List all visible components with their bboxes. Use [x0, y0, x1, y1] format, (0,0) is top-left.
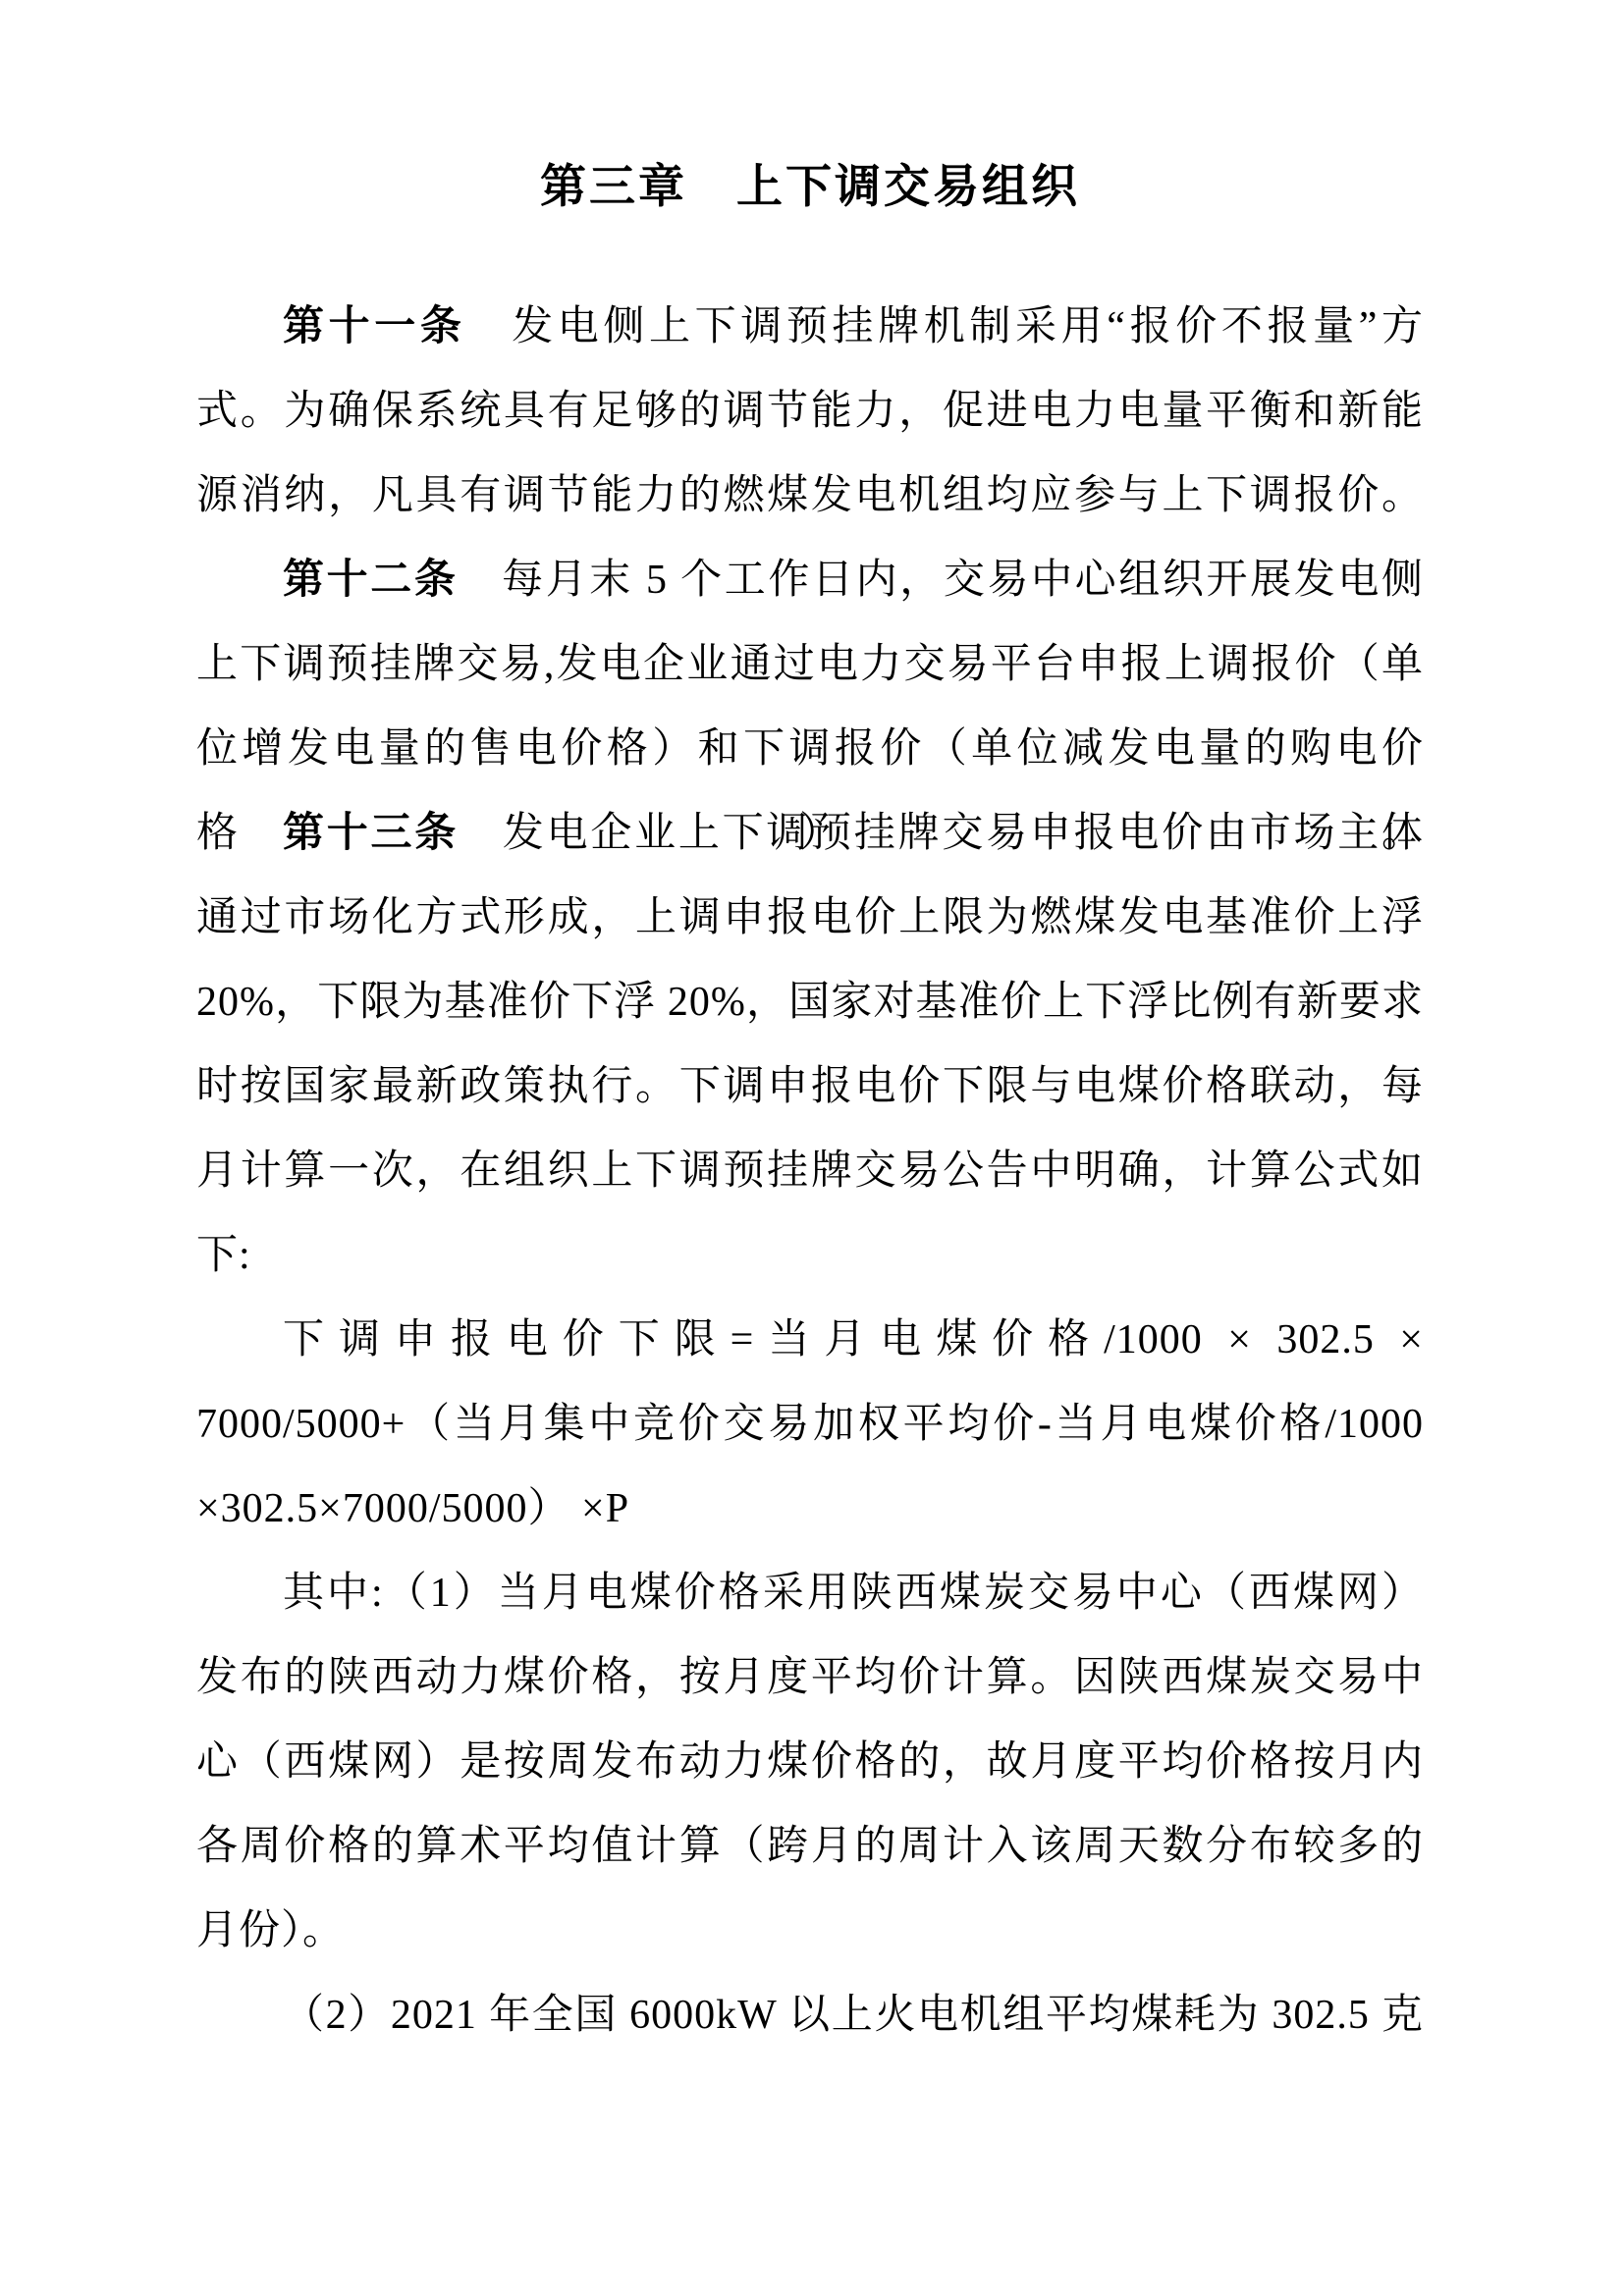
text-line: 发布的陕西动力煤价格，按月度平均价计算。因陕西煤炭交易中 [196, 1635, 1424, 1720]
line-text: 每月末 5 个工作日内，交易中心组织开展发电侧 [458, 558, 1424, 603]
line-text: 各周价格的算术平均值计算（跨月的周计入该周天数分布较多的 [196, 1824, 1424, 1869]
text-line: 下: [196, 1213, 1424, 1298]
page-title: 第三章 上下调交易组织 [196, 157, 1424, 216]
article-number: 第十二条 [283, 558, 458, 603]
line-text: 下: [196, 1233, 251, 1278]
line-text: 发电侧上下调预挂牌机制采用“报价不报量”方 [466, 304, 1424, 349]
line-text: 月计算一次，在组织上下调预挂牌交易公告中明确，计算公式如 [196, 1148, 1424, 1194]
formula-line: ×302.5×7000/5000） ×P [196, 1467, 1424, 1551]
document-page: 第三章 上下调交易组织 第十一条 发电侧上下调预挂牌机制采用“报价不报量”方 式… [0, 0, 1624, 2296]
line-text: 其中:（1）当月电煤价格采用陕西煤炭交易中心（西煤网） [283, 1571, 1424, 1616]
line-text: 式。为确保系统具有足够的调节能力，促进电力电量平衡和新能 [196, 389, 1424, 434]
line-text: 源消纳，凡具有调节能力的燃煤发电机组均应参与上下调报价。 [196, 473, 1424, 518]
article-number: 第十一条 [283, 304, 466, 349]
text-line: 第十三条 发电企业上下调预挂牌交易申报电价由市场主体 [196, 791, 1424, 876]
text-line: 上下调预挂牌交易,发电企业通过电力交易平台申报上调报价（单 [196, 622, 1424, 707]
line-text: 7000/5000+（当月集中竞价交易加权平均价-当月电煤价格/1000 [196, 1402, 1424, 1447]
line-text: ×302.5×7000/5000） ×P [196, 1486, 629, 1531]
line-text: 发布的陕西动力煤价格，按月度平均价计算。因陕西煤炭交易中 [196, 1655, 1424, 1700]
article-number: 第十三条 [283, 811, 459, 856]
line-text: 20%，下限为基准价下浮 20%，国家对基准价上下浮比例有新要求 [196, 980, 1424, 1025]
document-body: 第三章 上下调交易组织 第十一条 发电侧上下调预挂牌机制采用“报价不报量”方 式… [196, 157, 1424, 2057]
text-line: 式。为确保系统具有足够的调节能力，促进电力电量平衡和新能 [196, 369, 1424, 454]
line-text: 心（西煤网）是按周发布动力煤价格的，故月度平均价格按月内 [196, 1739, 1424, 1785]
line-text: 时按国家最新政策执行。下调申报电价下限与电煤价格联动，每 [196, 1064, 1424, 1109]
formula-line: 下调申报电价下限=当月电煤价格/1000 × 302.5 × [196, 1298, 1424, 1382]
text-line: 其中:（1）当月电煤价格采用陕西煤炭交易中心（西煤网） [196, 1551, 1424, 1635]
line-text: （2）2021 年全国 6000kW 以上火电机组平均煤耗为 302.5 克 [283, 1993, 1424, 2038]
line-text: 月份）。 [196, 1908, 345, 1953]
line-text: 通过市场化方式形成，上调申报电价上限为燃煤发电基准价上浮 [196, 895, 1424, 940]
text-line: 时按国家最新政策执行。下调申报电价下限与电煤价格联动，每 [196, 1044, 1424, 1129]
text-line: 第十二条 每月末 5 个工作日内，交易中心组织开展发电侧 [196, 538, 1424, 622]
text-line: 通过市场化方式形成，上调申报电价上限为燃煤发电基准价上浮 [196, 876, 1424, 960]
text-line: 各周价格的算术平均值计算（跨月的周计入该周天数分布较多的 [196, 1804, 1424, 1889]
line-text: 发电企业上下调预挂牌交易申报电价由市场主体 [459, 811, 1424, 856]
text-line: 20%，下限为基准价下浮 20%，国家对基准价上下浮比例有新要求 [196, 960, 1424, 1044]
text-line: 月计算一次，在组织上下调预挂牌交易公告中明确，计算公式如 [196, 1129, 1424, 1213]
text-line: 月份）。 [196, 1889, 1424, 1973]
text-line: 第十一条 发电侧上下调预挂牌机制采用“报价不报量”方 [196, 285, 1424, 369]
line-text: 上下调预挂牌交易,发电企业通过电力交易平台申报上调报价（单 [196, 642, 1424, 687]
formula-line: 7000/5000+（当月集中竞价交易加权平均价-当月电煤价格/1000 [196, 1382, 1424, 1467]
text-line: 心（西煤网）是按周发布动力煤价格的，故月度平均价格按月内 [196, 1720, 1424, 1804]
text-line: 源消纳，凡具有调节能力的燃煤发电机组均应参与上下调报价。 [196, 454, 1424, 538]
text-line: （2）2021 年全国 6000kW 以上火电机组平均煤耗为 302.5 克 [196, 1973, 1424, 2057]
line-text: 下调申报电价下限=当月电煤价格/1000 × 302.5 × [283, 1317, 1424, 1362]
text-line: 位增发电量的售电价格）和下调报价（单位减发电量的购电价格）。 [196, 707, 1424, 791]
